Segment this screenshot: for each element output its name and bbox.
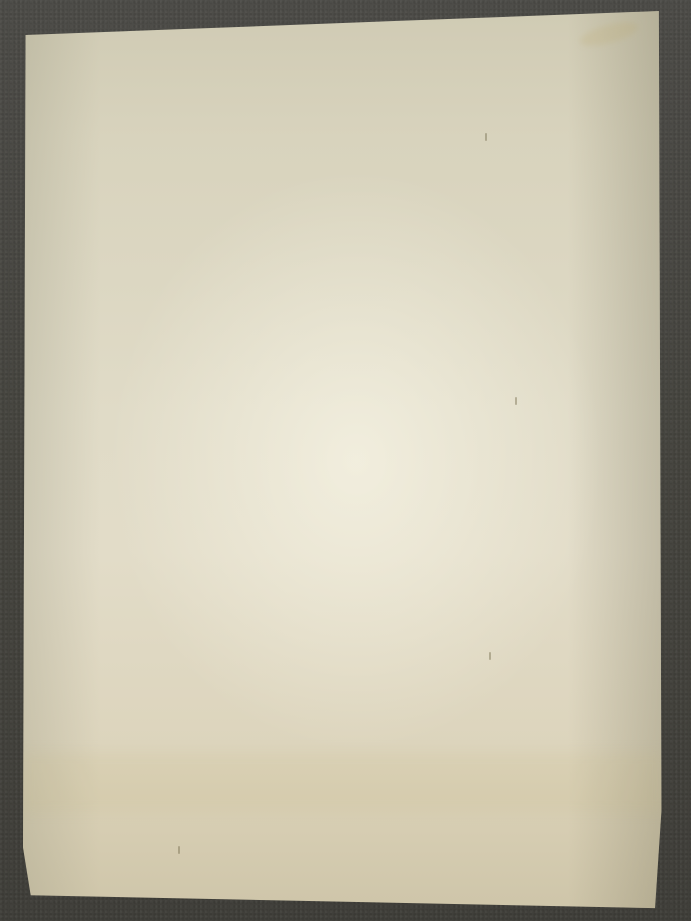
paper-speck [178,846,180,854]
paper-speck [489,652,491,660]
paper-speck [485,133,487,141]
blank-paper-sheet [23,0,664,921]
paper-stain [578,18,641,51]
paper-speck [515,397,517,405]
paper-discoloration-band [23,752,664,812]
